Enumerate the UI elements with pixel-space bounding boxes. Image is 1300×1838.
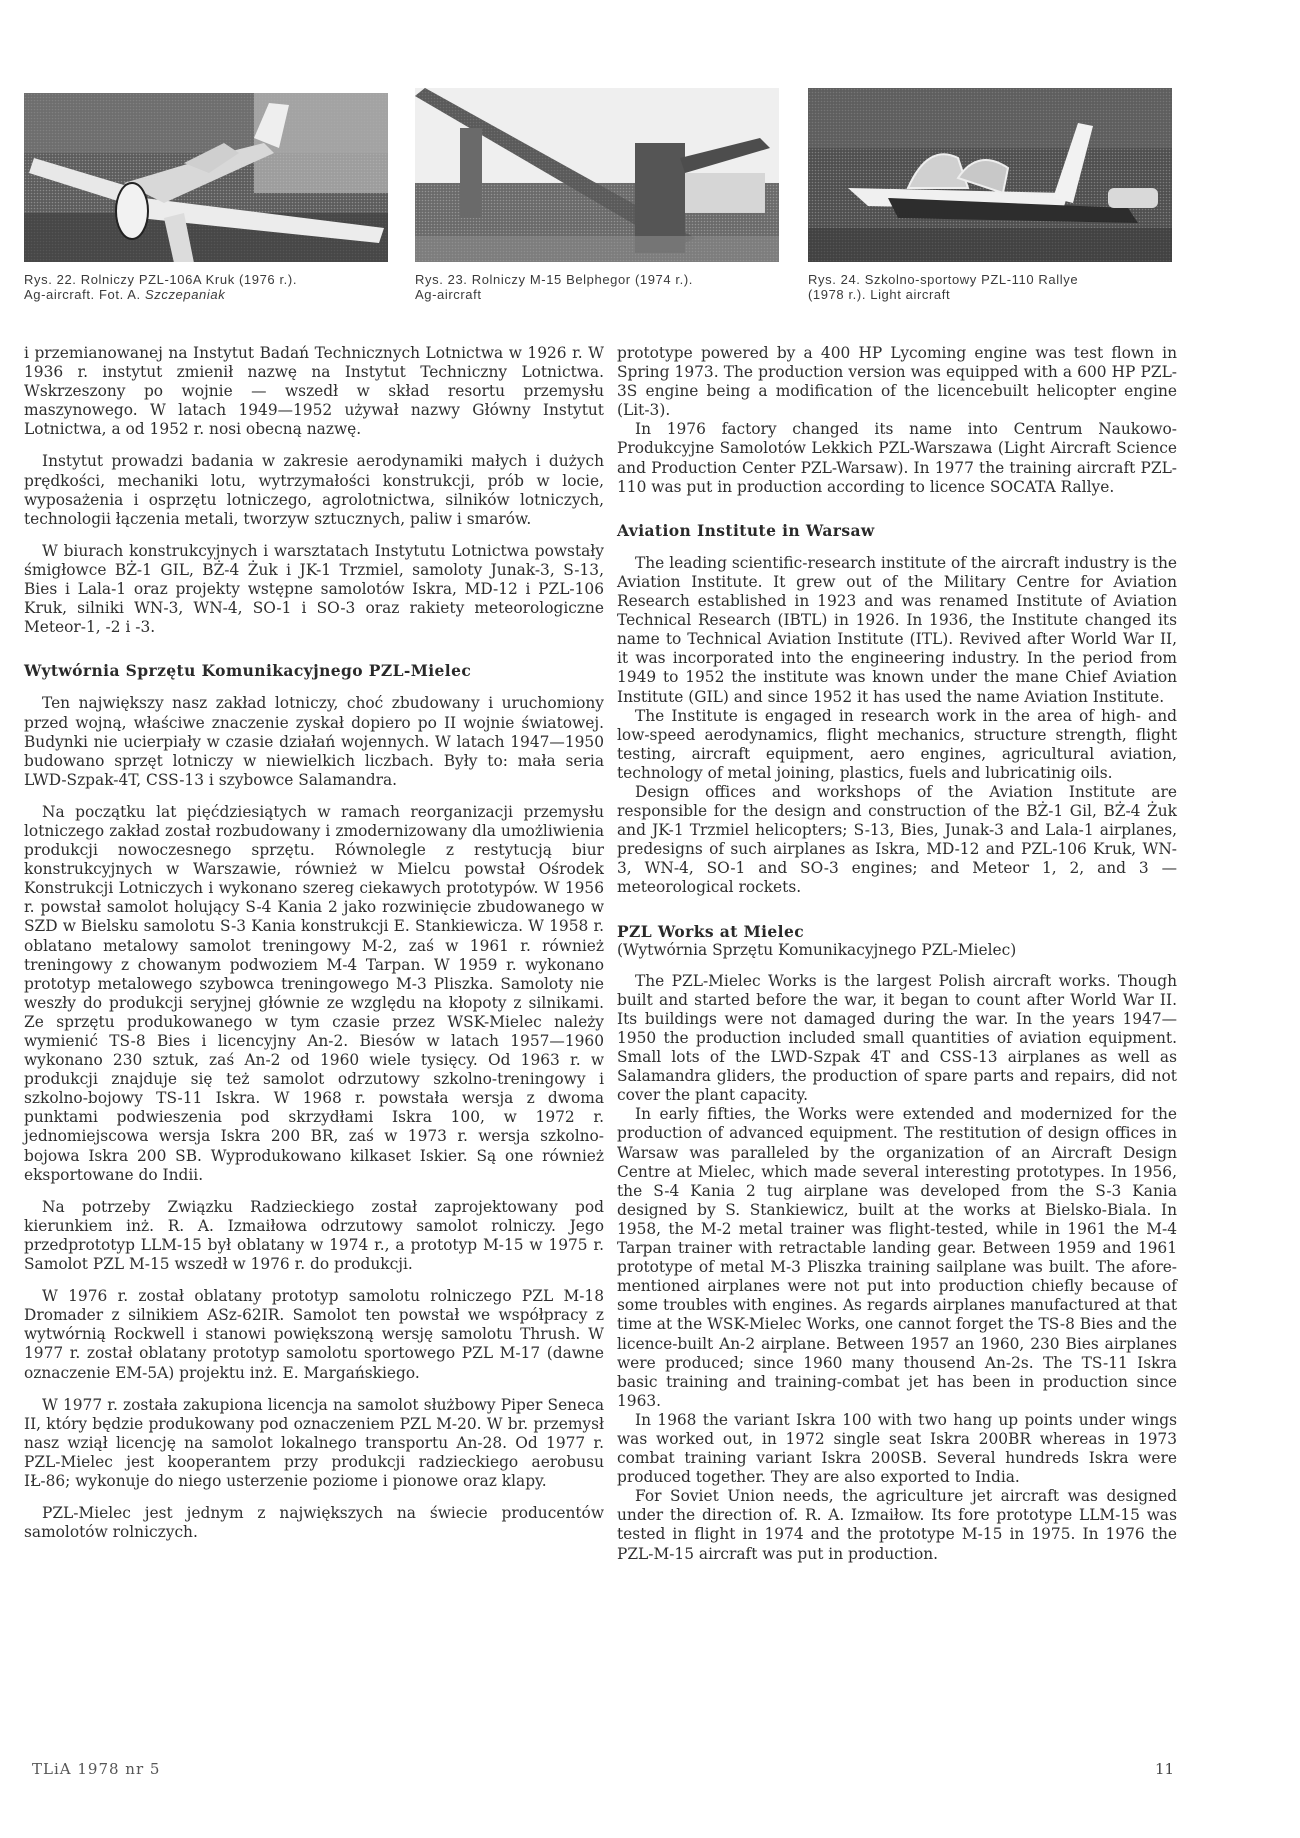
aircraft-photo-icon (415, 88, 779, 262)
paragraph: The leading scientific-research institut… (617, 554, 1177, 707)
paragraph: The Institute is engaged in research wor… (617, 707, 1177, 783)
paragraph: For Soviet Union needs, the agriculture … (617, 1487, 1177, 1563)
photo-pzl-106a-kruk (24, 93, 388, 262)
paragraph: W 1977 r. została zakupiona licencja na … (24, 1396, 604, 1491)
article-column-english: prototype powered by a 400 HP Lycoming e… (617, 344, 1177, 1564)
photo-pzl-110-rallye (808, 88, 1172, 262)
figure-caption-en: (1978 r.). Light aircraft (808, 287, 950, 302)
paragraph: In 1976 factory changed its name into Ce… (617, 420, 1177, 496)
article-column-polish: i przemianowanej na Instytut Badań Techn… (24, 344, 604, 1542)
paragraph: Instytut prowadzi badania w zakresie aer… (24, 452, 604, 528)
figure-label: Rys. 23. (415, 272, 467, 287)
figure-label: Rys. 22. (24, 272, 76, 287)
paragraph: Na początku lat pięćdziesiątych w ramach… (24, 803, 604, 1185)
paragraph: The PZL-Mielec Works is the largest Poli… (617, 972, 1177, 1106)
photo-m-15-belphegor (415, 88, 779, 262)
section-subheading: (Wytwórnia Sprzętu Komunikacyjnego PZL-M… (617, 941, 1177, 960)
page-number: 11 (1155, 1760, 1174, 1778)
aircraft-photo-icon (24, 93, 388, 262)
paragraph: i przemianowanej na Instytut Badań Techn… (24, 344, 604, 439)
figure-caption-pl: Rolniczy PZL-106A Kruk (1976 r.). (81, 272, 297, 287)
paragraph: Design offices and workshops of the Avia… (617, 783, 1177, 898)
figure-label: Rys. 24. (808, 272, 860, 287)
paragraph: Ten największy nasz zakład lotniczy, cho… (24, 694, 604, 789)
paragraph: W biurach konstrukcyjnych i warsztatach … (24, 542, 604, 637)
section-heading: Wytwórnia Sprzętu Komunikacyjnego PZL-Mi… (24, 661, 604, 680)
section-heading: PZL Works at Mielec (617, 922, 1177, 941)
journal-issue: TLiA 1978 nr 5 (32, 1760, 160, 1778)
figure-caption-en: Ag-aircraft (415, 287, 482, 302)
aircraft-photo-icon (808, 88, 1172, 262)
paragraph: PZL-Mielec jest jednym z największych na… (24, 1504, 604, 1542)
figure-caption-en: Ag-aircraft. Fot. A. (24, 287, 141, 302)
paragraph: prototype powered by a 400 HP Lycoming e… (617, 344, 1177, 420)
paragraph: In 1968 the variant Iskra 100 with two h… (617, 1411, 1177, 1487)
paragraph: W 1976 r. został oblatany prototyp samol… (24, 1287, 604, 1382)
figure-caption-pl: Rolniczy M-15 Belphegor (1974 r.). (472, 272, 693, 287)
paragraph: Na potrzeby Związku Radzieckiego został … (24, 1198, 604, 1274)
figure-caption-pl: Szkolno-sportowy PZL-110 Rallye (865, 272, 1078, 287)
photo-credit: Szczepaniak (145, 287, 225, 302)
paragraph: In early fifties, the Works were extende… (617, 1105, 1177, 1411)
section-heading: Aviation Institute in Warsaw (617, 521, 1177, 540)
